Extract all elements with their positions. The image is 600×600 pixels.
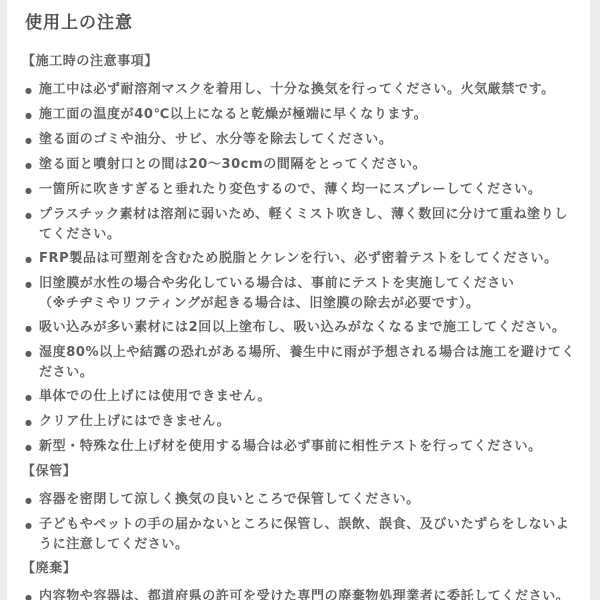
notice-item-text: プラスチック素材は溶剤に弱いため、軽くミスト吹きし、薄く数回に分けて重ね塗りして… xyxy=(39,205,580,245)
notice-item-text: 単体での仕上げには使用できません。 xyxy=(39,387,580,408)
notice-item: ● 塗る面と噴射口との間は20〜30cmの間隔をとってください。 xyxy=(25,155,580,176)
notice-item: ● プラスチック素材は溶剤に弱いため、軽くミスト吹きし、薄く数回に分けて重ね塗り… xyxy=(25,205,580,245)
bullet-icon: ● xyxy=(25,387,39,408)
bullet-icon: ● xyxy=(25,490,39,511)
bullet-icon: ● xyxy=(25,180,39,201)
section-heading-construction: 【施工時の注意事項】 xyxy=(22,52,580,72)
bullet-icon: ● xyxy=(25,412,39,433)
notice-item: ● 単体での仕上げには使用できません。 xyxy=(25,387,580,408)
notice-item-text: 子どもやペットの手の届かないところに保管し、誤飲、誤食、及びいたずらをしないよう… xyxy=(39,515,580,555)
notice-item: ● 内容物や容器は、都道府県の許可を受けた専門の廃棄物処理業者に委託してください… xyxy=(25,587,580,600)
notice-item-text: 湿度80%以上や結露の恐れがある場所、養生中に雨が予想される場合は施工を避けてく… xyxy=(39,343,580,383)
notice-list-storage: ● 容器を密閉して涼しく換気の良いところで保管してください。 ● 子どもやペット… xyxy=(25,490,580,555)
notice-item: ● 容器を密閉して涼しく換気の良いところで保管してください。 xyxy=(25,490,580,511)
notice-item: ● 吸い込みが多い素材には2回以上塗布し、吸い込みがなくなるまで施工してください… xyxy=(25,318,580,339)
notice-item: ● 施工面の温度が40℃以上になると乾燥が極端に早くなります。 xyxy=(25,105,580,126)
notice-item-text: 旧塗膜が水性の場合や劣化している場合は、事前にテストを実施してください （※チヂ… xyxy=(39,274,580,314)
notice-item: ● 塗る面のゴミや油分、サビ、水分等を除去してください。 xyxy=(25,130,580,151)
section-construction: 【施工時の注意事項】 ● 施工中は必ず耐溶剤マスクを着用し、十分な換気を行ってく… xyxy=(25,52,580,458)
bullet-icon: ● xyxy=(25,80,39,101)
notice-item-text: 塗る面のゴミや油分、サビ、水分等を除去してください。 xyxy=(39,130,580,151)
notice-item: ● クリア仕上げにはできません。 xyxy=(25,412,580,433)
notice-item: ● 子どもやペットの手の届かないところに保管し、誤飲、誤食、及びいたずらをしない… xyxy=(25,515,580,555)
notice-item-text: 容器を密閉して涼しく換気の良いところで保管してください。 xyxy=(39,490,580,511)
notice-item-text: 内容物や容器は、都道府県の許可を受けた専門の廃棄物処理業者に委託してください。 xyxy=(39,587,580,600)
bullet-icon: ● xyxy=(25,249,39,270)
notice-item-text: クリア仕上げにはできません。 xyxy=(39,412,580,433)
bullet-icon: ● xyxy=(25,587,39,600)
notice-item: ● 新型・特殊な仕上げ材を使用する場合は必ず事前に相性テストを行ってください。 xyxy=(25,437,580,458)
bullet-icon: ● xyxy=(25,130,39,151)
notice-item-text: 施工中は必ず耐溶剤マスクを着用し、十分な換気を行ってください。火気厳禁です。 xyxy=(39,80,580,101)
usage-notice-document: 使用上の注意 【施工時の注意事項】 ● 施工中は必ず耐溶剤マスクを着用し、十分な… xyxy=(0,0,600,600)
section-storage: 【保管】 ● 容器を密閉して涼しく換気の良いところで保管してください。 ● 子ど… xyxy=(25,462,580,555)
page-title: 使用上の注意 xyxy=(25,12,580,34)
notice-item-text: 塗る面と噴射口との間は20〜30cmの間隔をとってください。 xyxy=(39,155,580,176)
bullet-icon: ● xyxy=(25,515,39,555)
notice-item: ● FRP製品は可塑剤を含むため脱脂とケレンを行い、必ず密着テストをしてください… xyxy=(25,249,580,270)
notice-item: ● 施工中は必ず耐溶剤マスクを着用し、十分な換気を行ってください。火気厳禁です。 xyxy=(25,80,580,101)
notice-item-text: 施工面の温度が40℃以上になると乾燥が極端に早くなります。 xyxy=(39,105,580,126)
notice-item-text: FRP製品は可塑剤を含むため脱脂とケレンを行い、必ず密着テストをしてください。 xyxy=(39,249,580,270)
notice-item: ● 一箇所に吹きすぎると垂れたり変色するので、薄く均一にスプレーしてください。 xyxy=(25,180,580,201)
notice-item-text: 一箇所に吹きすぎると垂れたり変色するので、薄く均一にスプレーしてください。 xyxy=(39,180,580,201)
bullet-icon: ● xyxy=(25,437,39,458)
bullet-icon: ● xyxy=(25,155,39,176)
bullet-icon: ● xyxy=(25,205,39,245)
notice-item-text: 新型・特殊な仕上げ材を使用する場合は必ず事前に相性テストを行ってください。 xyxy=(39,437,580,458)
section-heading-storage: 【保管】 xyxy=(22,462,580,482)
bullet-icon: ● xyxy=(25,274,39,314)
section-disposal: 【廃棄】 ● 内容物や容器は、都道府県の許可を受けた専門の廃棄物処理業者に委託し… xyxy=(25,559,580,600)
notice-item: ● 旧塗膜が水性の場合や劣化している場合は、事前にテストを実施してください （※… xyxy=(25,274,580,314)
section-heading-disposal: 【廃棄】 xyxy=(22,559,580,579)
bullet-icon: ● xyxy=(25,318,39,339)
notice-item: ● 湿度80%以上や結露の恐れがある場所、養生中に雨が予想される場合は施工を避け… xyxy=(25,343,580,383)
notice-list-construction: ● 施工中は必ず耐溶剤マスクを着用し、十分な換気を行ってください。火気厳禁です。… xyxy=(25,80,580,458)
notice-list-disposal: ● 内容物や容器は、都道府県の許可を受けた専門の廃棄物処理業者に委託してください… xyxy=(25,587,580,600)
notice-item-text: 吸い込みが多い素材には2回以上塗布し、吸い込みがなくなるまで施工してください。 xyxy=(39,318,580,339)
bullet-icon: ● xyxy=(25,105,39,126)
bullet-icon: ● xyxy=(25,343,39,383)
